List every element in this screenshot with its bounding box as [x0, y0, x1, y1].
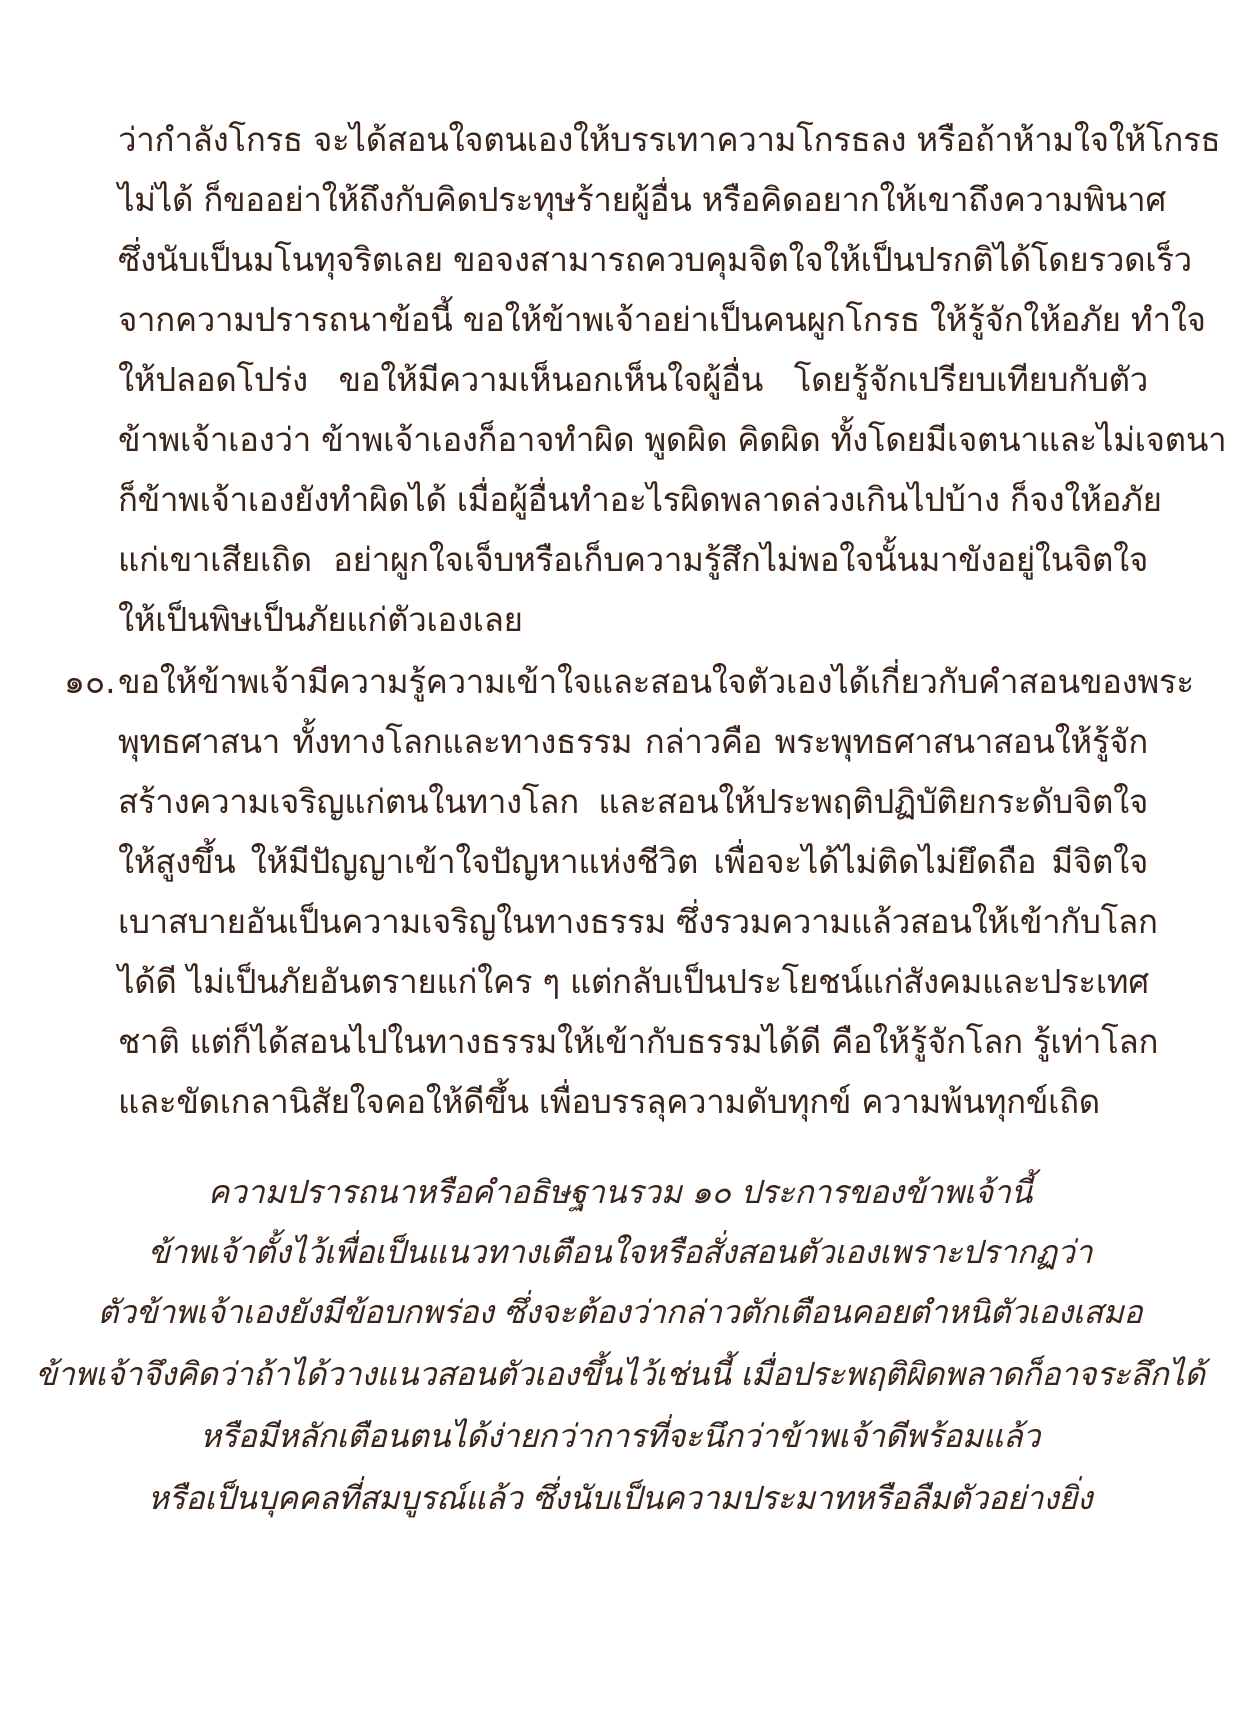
- closing-line: ข้าพเจ้าจึงคิดว่าถ้าได้วางแนวสอนตัวเองขึ…: [0, 1352, 1240, 1396]
- closing-line: ความปรารถนาหรือคำอธิษฐานรวม ๑๐ ประการของ…: [0, 1170, 1240, 1214]
- paragraph-line: ก็ข้าพเจ้าเองยังทำผิดได้ เมื่อผู้อื่นทำอ…: [118, 478, 1148, 522]
- closing-line: ตัวข้าพเจ้าเองยังมีข้อบกพร่อง ซึ่งจะต้อง…: [0, 1290, 1240, 1334]
- paragraph-line: ซึ่งนับเป็นมโนทุจริตเลย ขอจงสามารถควบคุม…: [118, 238, 1148, 282]
- list-item-line: และขัดเกลานิสัยใจคอให้ดีขึ้น เพื่อบรรลุค…: [118, 1080, 1148, 1124]
- list-item-number: ๑๐.: [64, 660, 116, 704]
- paragraph-line: ให้เป็นพิษเป็นภัยแก่ตัวเองเลย: [118, 598, 1148, 642]
- paragraph-line: ให้ปลอดโปร่ง ขอให้มีความเห็นอกเห็นใจผู้อ…: [118, 358, 1148, 402]
- list-item-line: สร้างความเจริญแก่ตนในทางโลก และสอนให้ประ…: [118, 780, 1148, 824]
- list-item-line: ให้สูงขึ้น ให้มีปัญญาเข้าใจปัญหาแห่งชีวิ…: [118, 840, 1148, 884]
- list-item-line: ชาติ แต่ก็ได้สอนไปในทางธรรมให้เข้ากับธรร…: [118, 1020, 1148, 1064]
- list-item-line: พุทธศาสนา ทั้งทางโลกและทางธรรม กล่าวคือ …: [118, 720, 1148, 764]
- document-page: ว่ากำลังโกรธ จะได้สอนใจตนเองให้บรรเทาควา…: [0, 0, 1240, 1713]
- paragraph-line: แก่เขาเสียเถิด อย่าผูกใจเจ็บหรือเก็บความ…: [118, 538, 1148, 582]
- paragraph-line: จากความปรารถนาข้อนี้ ขอให้ข้าพเจ้าอย่าเป…: [118, 298, 1148, 342]
- list-item-line: ขอให้ข้าพเจ้ามีความรู้ความเข้าใจและสอนใจ…: [118, 660, 1148, 704]
- paragraph-line: ว่ากำลังโกรธ จะได้สอนใจตนเองให้บรรเทาควา…: [118, 118, 1148, 162]
- closing-line: หรือเป็นบุคคลที่สมบูรณ์แล้ว ซึ่งนับเป็นค…: [0, 1476, 1240, 1520]
- list-item-line: เบาสบายอันเป็นความเจริญในทางธรรม ซึ่งรวม…: [118, 900, 1148, 944]
- closing-line: หรือมีหลักเตือนตนได้ง่ายกว่าการที่จะนึกว…: [0, 1414, 1240, 1458]
- paragraph-line: ไม่ได้ ก็ขออย่าให้ถึงกับคิดประทุษร้ายผู้…: [118, 178, 1148, 222]
- closing-line: ข้าพเจ้าตั้งไว้เพื่อเป็นแนวทางเตือนใจหรื…: [0, 1230, 1240, 1274]
- paragraph-line: ข้าพเจ้าเองว่า ข้าพเจ้าเองก็อาจทำผิด พูด…: [118, 418, 1148, 462]
- list-item-line: ได้ดี ไม่เป็นภัยอันตรายแก่ใคร ๆ แต่กลับเ…: [118, 960, 1148, 1004]
